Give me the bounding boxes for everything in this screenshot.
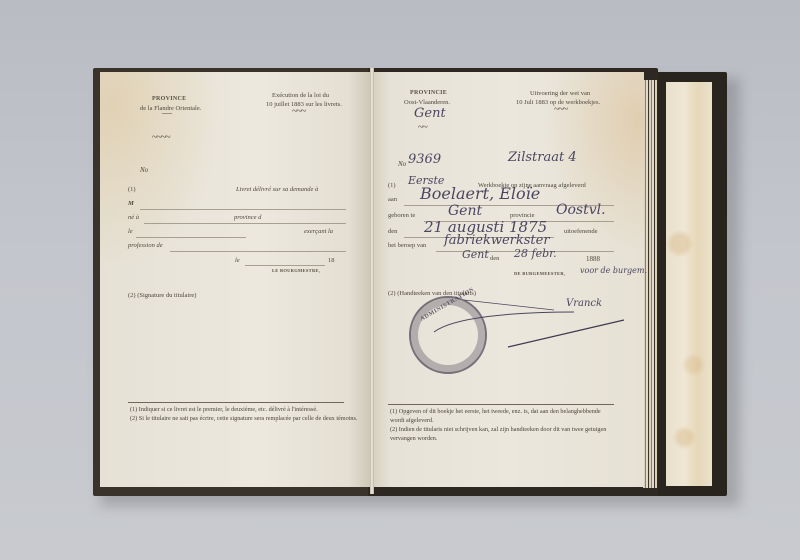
date-le-label: le	[235, 257, 240, 264]
right-page: PROVINCIE Oost-Vlaanderen. Gent ~~ Uitvo…	[374, 72, 644, 487]
year-prefix: 18	[328, 257, 335, 264]
exercant-label: exerçant la	[304, 228, 333, 235]
birthplace-line	[144, 223, 346, 224]
name-line	[140, 209, 346, 210]
number-label: No	[140, 166, 148, 174]
ornament: ~~~~	[152, 132, 170, 143]
footnote-divider	[388, 404, 614, 405]
footnote-2: (2) Indien de titularis niet schrijven k…	[390, 426, 616, 443]
left-page: PROVINCE de la Flandre Orientale. — Exéc…	[100, 72, 370, 487]
date-line	[136, 237, 246, 238]
ornament: ~~~	[292, 106, 305, 117]
footnote-marker-1: (1)	[128, 186, 136, 193]
province-label: province d	[234, 214, 261, 221]
ornament: —	[162, 108, 171, 119]
page-edges	[643, 80, 657, 488]
municipal-stamp: ADMINISTRATION COMMUNALE DE GAND	[409, 296, 487, 374]
m-label: M	[128, 200, 134, 207]
footnote-1: (1) Indiquer si ce livret est le premier…	[130, 406, 360, 415]
left-header-law: Exécution de la loi du	[272, 92, 329, 99]
le-label: le	[128, 228, 133, 235]
footnote-2: (2) Si le titulaire ne sait pas écrire, …	[130, 415, 360, 424]
issue-date-line	[245, 265, 325, 266]
footnote-1: (1) Opgeven of dit boekje het eerste, he…	[390, 408, 616, 425]
issued-text: Livret délivré sur sa demande à	[236, 186, 318, 193]
profession-label: profession de	[128, 242, 163, 249]
signature-label: (2) (Signature du titulaire)	[128, 292, 196, 299]
born-label: né à	[128, 214, 139, 221]
profession-line	[170, 251, 346, 252]
back-cover-endpaper	[666, 82, 712, 486]
mayor-label: LE BOURGMESTRE,	[272, 268, 320, 273]
left-header-province: PROVINCE	[152, 96, 186, 102]
footnote-divider	[128, 402, 344, 403]
